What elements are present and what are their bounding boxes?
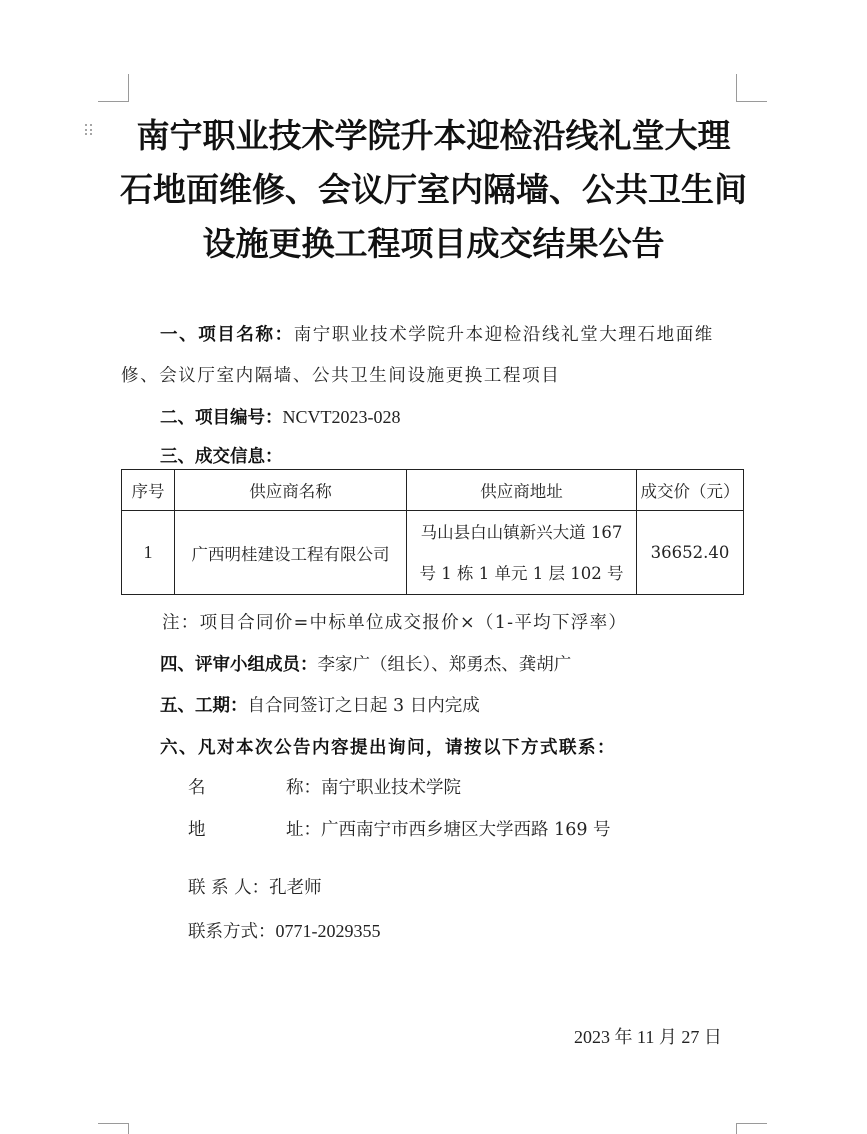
duration-value: 自合同签订之日起 3 日内完成 [248, 696, 480, 716]
inquiry-heading: 六、凡对本次公告内容提出询问，请按以下方式联系： [160, 734, 616, 759]
contact-name: 名称：南宁职业技术学院 [188, 774, 461, 799]
project-name-value-1: 南宁职业技术学院升本迎检沿线礼堂大理石地面维 [294, 325, 714, 345]
cell-price: 36652.40 [637, 511, 744, 595]
duration: 五、工期：自合同签订之日起 3 日内完成 [160, 692, 480, 717]
address-line-2: 号 1 栋 1 单元 1 层 102 号 [407, 553, 636, 594]
title-line-2: 石地面维修、会议厅室内隔墙、公共卫生间 [100, 163, 767, 217]
project-number-value: NCVT2023-028 [283, 407, 401, 427]
title-line-3: 设施更换工程项目成交结果公告 [100, 217, 767, 271]
contact-phone-value: 0771-2029355 [276, 921, 381, 941]
contact-name-key-2: 称： [286, 778, 321, 798]
crop-mark-bottom-right [736, 1123, 767, 1134]
project-name-label: 一、项目名称： [160, 325, 294, 345]
table-row: 1 广西明桂建设工程有限公司 马山县白山镇新兴大道 167 号 1 栋 1 单元… [122, 511, 744, 595]
cell-index: 1 [122, 511, 175, 595]
contact-name-value: 南宁职业技术学院 [321, 778, 461, 798]
review-panel: 四、评审小组成员：李家广（组长）、郑勇杰、龚胡广 [160, 651, 571, 676]
project-name-value-2: 修、会议厅室内隔墙、公共卫生间设施更换工程项目 [121, 366, 560, 386]
crop-mark-bottom-left [98, 1123, 129, 1134]
deal-info-heading: 三、成交信息： [160, 443, 283, 468]
review-panel-value: 李家广（组长）、郑勇杰、龚胡广 [318, 655, 572, 675]
project-number: 二、项目编号：NCVT2023-028 [160, 404, 401, 429]
crop-mark-top-left [98, 74, 129, 102]
contact-person-label: 联 系 人： [188, 878, 269, 898]
cell-supplier-name: 广西明桂建设工程有限公司 [175, 511, 407, 595]
deal-info-label: 三、成交信息： [160, 447, 283, 467]
contact-phone-label: 联系方式： [188, 922, 276, 942]
cell-supplier-address: 马山县白山镇新兴大道 167 号 1 栋 1 单元 1 层 102 号 [407, 511, 637, 595]
document-title: 南宁职业技术学院升本迎检沿线礼堂大理 石地面维修、会议厅室内隔墙、公共卫生间 设… [100, 109, 767, 271]
project-name-line-1: 一、项目名称：南宁职业技术学院升本迎检沿线礼堂大理石地面维 [160, 321, 714, 346]
paragraph-drag-handle-icon[interactable] [85, 124, 93, 136]
project-number-label: 二、项目编号： [160, 408, 283, 428]
contact-address-key-2: 址： [286, 820, 321, 840]
title-line-1: 南宁职业技术学院升本迎检沿线礼堂大理 [100, 109, 767, 163]
project-name-line-2: 修、会议厅室内隔墙、公共卫生间设施更换工程项目 [121, 362, 560, 387]
contact-address-key-1: 地 [188, 816, 286, 841]
contact-person-value: 孔老师 [269, 878, 322, 898]
header-supplier-address: 供应商地址 [407, 470, 637, 511]
contact-phone: 联系方式：0771-2029355 [188, 918, 381, 943]
contact-person: 联 系 人：孔老师 [188, 874, 322, 899]
duration-label: 五、工期： [160, 696, 248, 716]
header-index: 序号 [122, 470, 175, 511]
contract-price-note: 注：项目合同价=中标单位成交报价×（1-平均下浮率） [162, 609, 627, 634]
review-panel-label: 四、评审小组成员： [160, 655, 318, 675]
table-header-row: 序号 供应商名称 供应商地址 成交价（元） [122, 470, 744, 511]
contact-address: 地址：广西南宁市西乡塘区大学西路 169 号 [188, 816, 611, 841]
header-price: 成交价（元） [637, 470, 744, 511]
announcement-date: 2023 年 11 月 27 日 [574, 1023, 722, 1049]
index-value: 1 [144, 542, 153, 562]
header-supplier-name: 供应商名称 [175, 470, 407, 511]
contact-address-value: 广西南宁市西乡塘区大学西路 169 号 [321, 820, 611, 840]
address-line-1: 马山县白山镇新兴大道 167 [407, 512, 636, 553]
contact-name-key-1: 名 [188, 774, 286, 799]
deal-table: 序号 供应商名称 供应商地址 成交价（元） 1 广西明桂建设工程有限公司 马山县… [121, 469, 744, 595]
crop-mark-top-right [736, 74, 767, 102]
